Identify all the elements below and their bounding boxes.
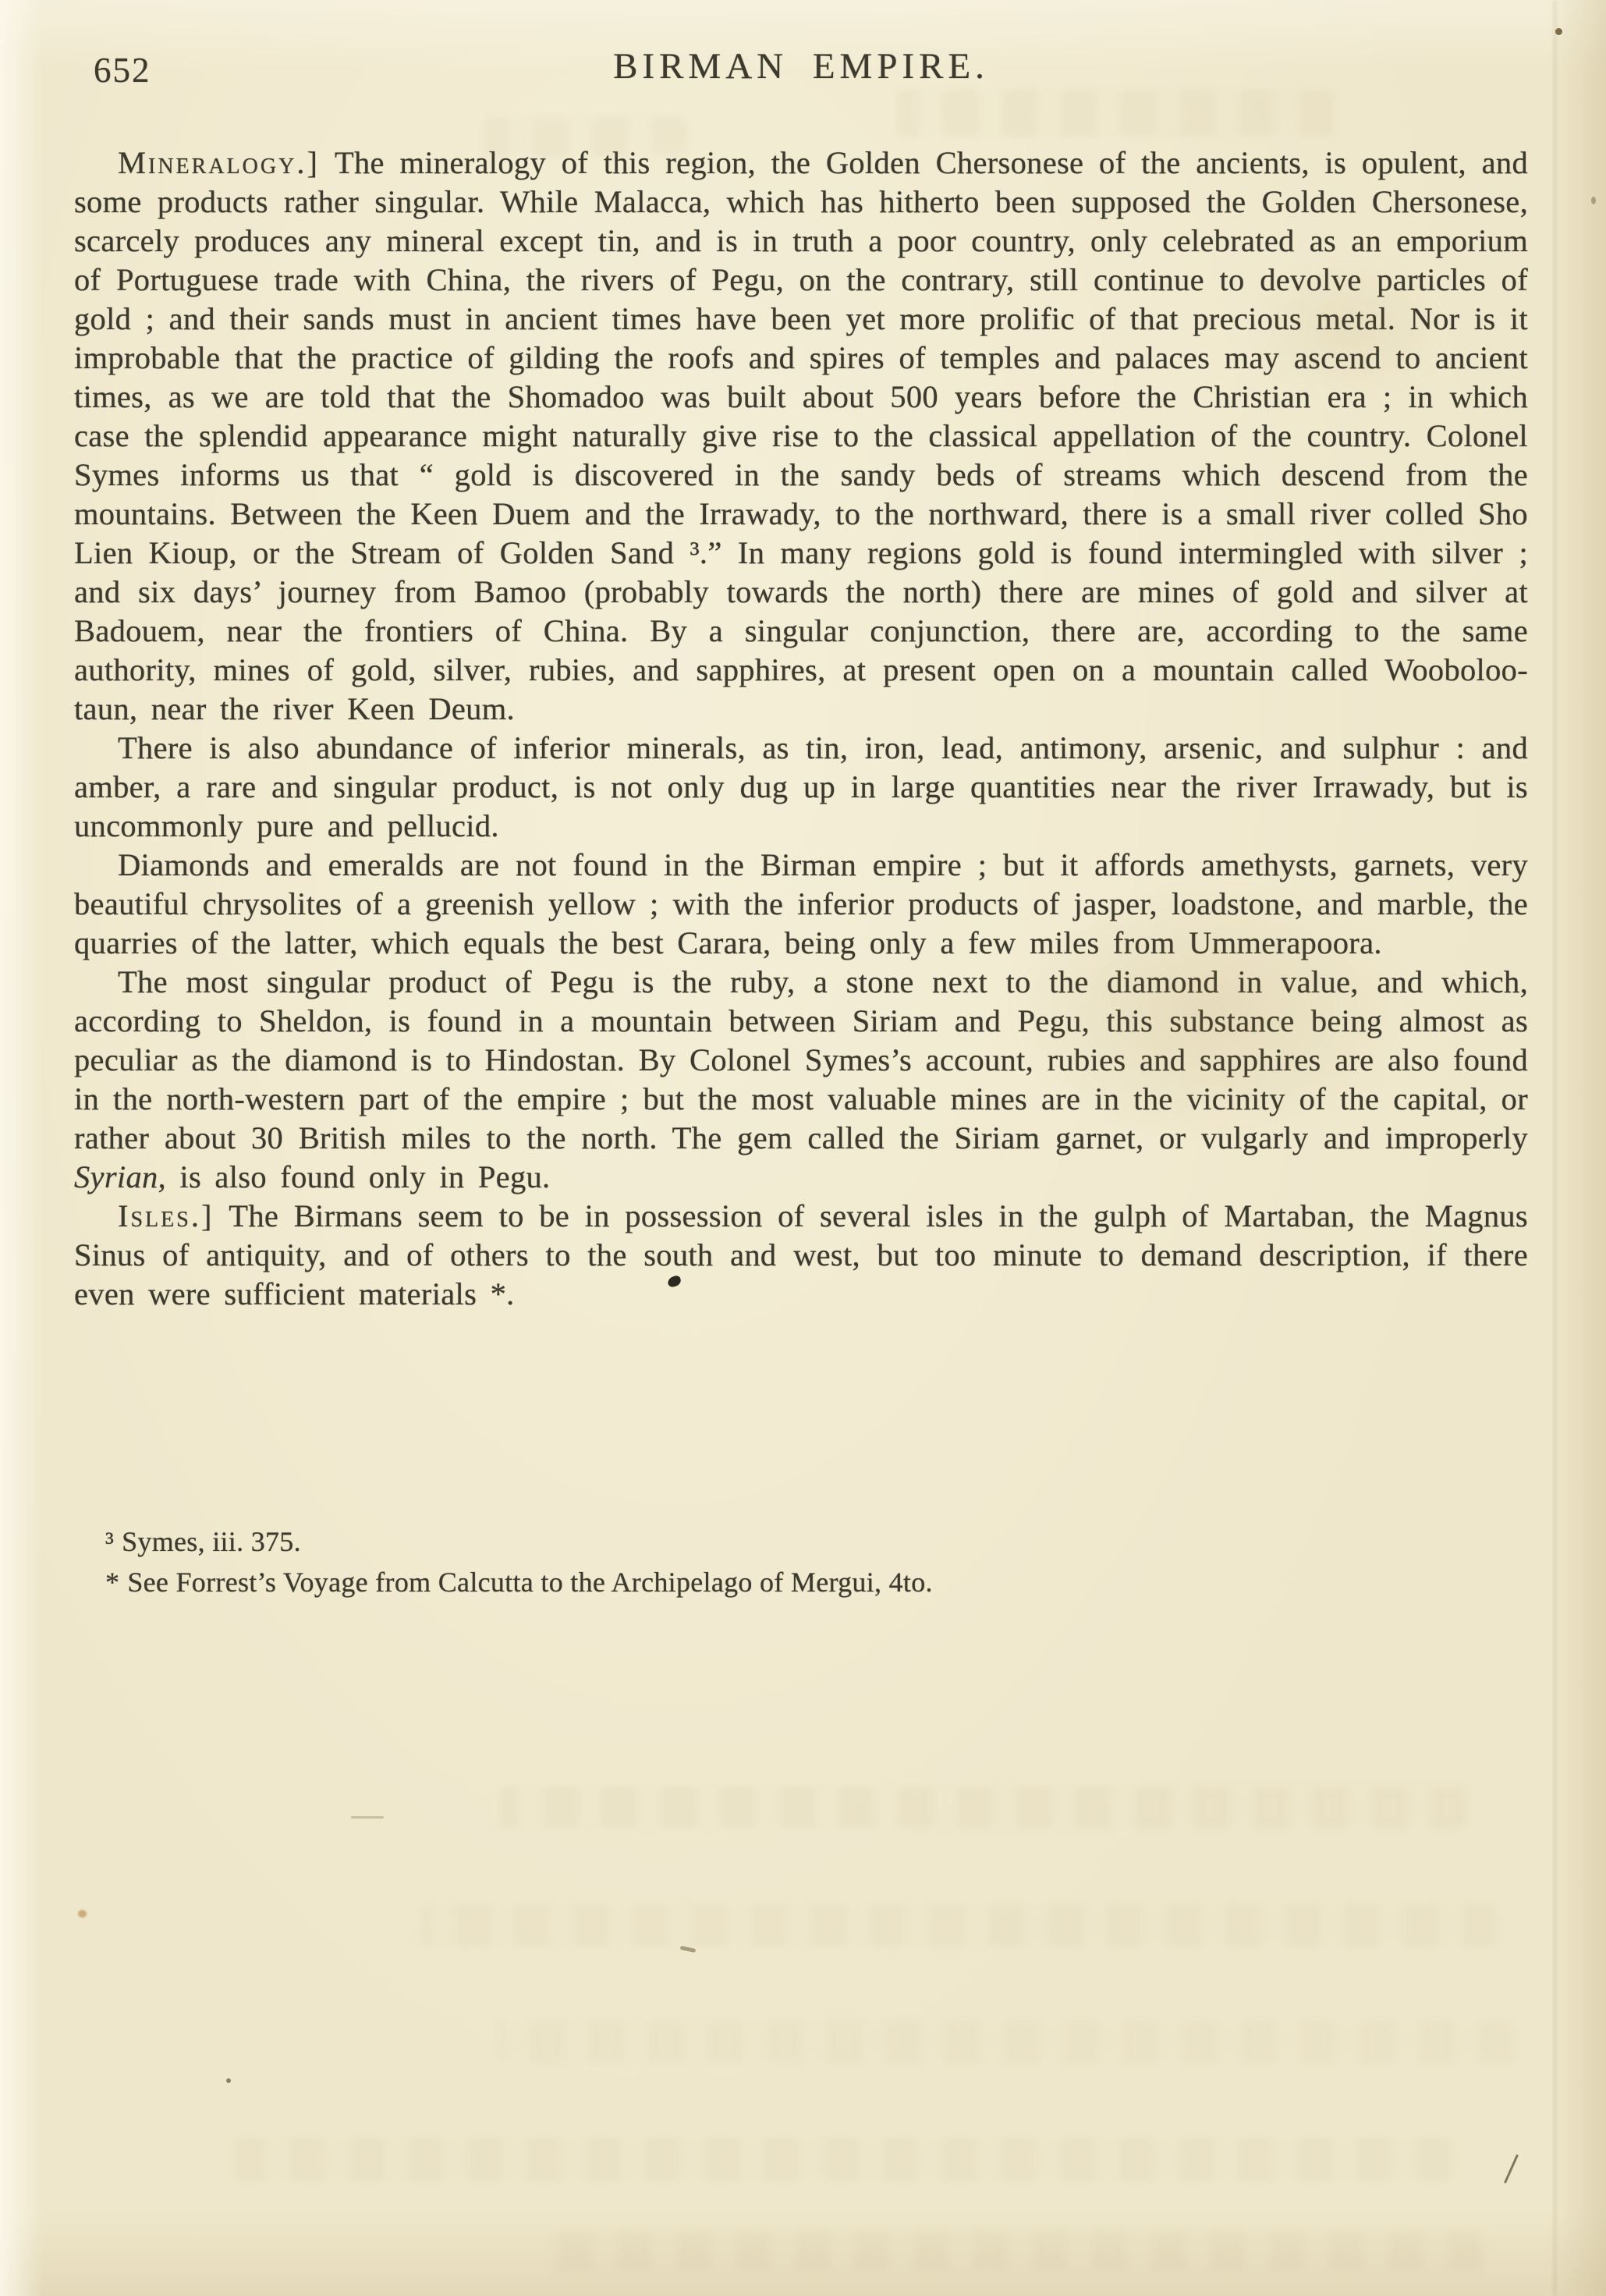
paragraph-ruby-text-b: is also found only in Pegu.	[166, 1159, 551, 1194]
footnote-marker-3: ³	[105, 1526, 114, 1557]
paragraph-mineralogy: Mineralogy.] The mineralogy of this regi…	[74, 144, 1528, 729]
paragraph-mineralogy-text: The mineralogy of this region, the Golde…	[74, 145, 1528, 726]
footnote-forrest: *See Forrest’s Voyage from Calcutta to t…	[74, 1562, 1528, 1602]
paper-stain	[1006, 882, 1412, 1139]
section-head-mineralogy: Mineralogy.]	[118, 145, 320, 180]
footnote-symes-text: Symes, iii. 375.	[122, 1526, 301, 1557]
paragraph-inferior-minerals: There is also abundance of inferior mine…	[74, 729, 1528, 846]
show-through-ghost	[499, 2021, 1513, 2063]
show-through-ghost	[546, 2231, 1482, 2270]
paragraph-isles-text: The Birmans seem to be in possession of …	[74, 1198, 1528, 1311]
footnote-forrest-text: See Forrest’s Voyage from Calcutta to th…	[127, 1567, 933, 1598]
paper-crease	[1554, 0, 1556, 2296]
paper-speck	[1591, 197, 1596, 204]
footnote-symes: ³Symes, iii. 375.	[74, 1521, 1528, 1562]
pen-mark	[1504, 2154, 1519, 2184]
paper-stain	[1248, 257, 1451, 398]
show-through-ghost	[484, 117, 686, 156]
footnote-marker-asterisk: *	[105, 1567, 119, 1598]
paper-speck	[78, 1910, 87, 1918]
italic-word-syrian: Syrian,	[74, 1159, 166, 1194]
show-through-ghost	[897, 90, 1334, 137]
show-through-ghost	[499, 1787, 1466, 1829]
book-page-scan: 652 BIRMAN EMPIRE. Mineralogy.] The mine…	[0, 0, 1606, 2296]
show-through-ghost	[421, 1904, 1498, 1947]
show-through-ghost	[234, 2138, 1451, 2181]
section-head-isles: Isles.]	[118, 1198, 214, 1233]
paragraph-isles: Isles.] The Birmans seem to be in posses…	[74, 1197, 1528, 1314]
paper-speck	[226, 2078, 231, 2083]
footnotes: ³Symes, iii. 375. *See Forrest’s Voyage …	[74, 1521, 1528, 1602]
running-title: BIRMAN EMPIRE.	[74, 45, 1528, 87]
ink-speck	[1555, 28, 1562, 35]
paper-speck	[351, 1816, 384, 1819]
